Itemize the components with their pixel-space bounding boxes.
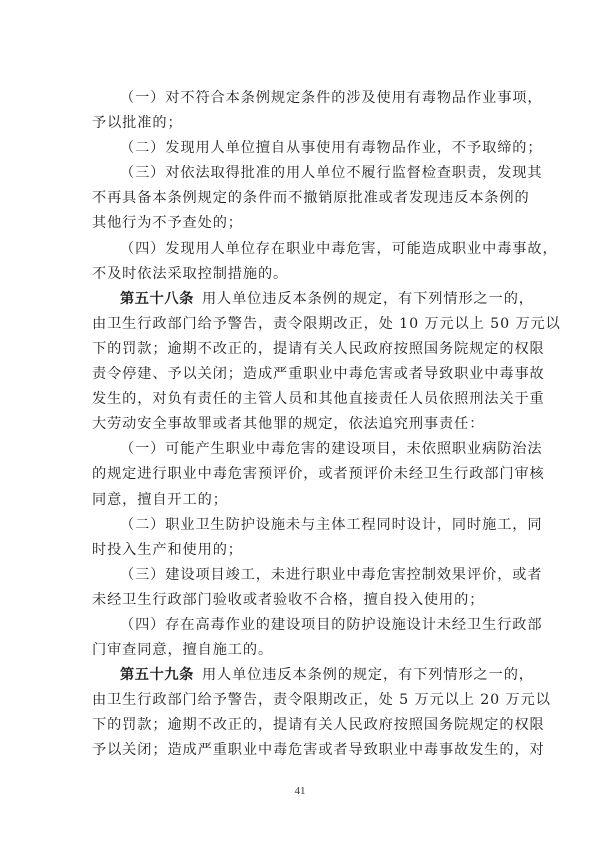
text-line: 予以批准的；: [92, 111, 510, 136]
text-line: 予以关闭；造成严重职业中毒危害或者导致职业中毒事故发生的，对: [92, 738, 510, 763]
text-line: 未经卫生行政部门验收或者验收不合格，擅自投入使用的；: [92, 588, 510, 613]
text-line: 门审查同意，擅自施工的。: [92, 638, 510, 663]
article-58-heading: 第五十八条: [120, 291, 194, 307]
text-line: 时投入生产和使用的；: [92, 538, 510, 563]
text-line: （一）可能产生职业中毒危害的建设项目，未依照职业病防治法: [92, 437, 510, 462]
text-line: 的规定进行职业中毒危害预评价，或者预评价未经卫生行政部门审核: [92, 462, 510, 487]
text-line: （四）发现用人单位存在职业中毒危害，可能造成职业中毒事故，: [92, 237, 510, 262]
article-58-first-line: 第五十八条用人单位违反本条例的规定，有下列情形之一的，: [92, 287, 510, 312]
article-59-heading: 第五十九条: [120, 667, 194, 683]
text-line: （三）建设项目竣工，未进行职业中毒危害控制效果评价，或者: [92, 563, 510, 588]
text-line: （四）存在高毒作业的建设项目的防护设施设计未经卫生行政部: [92, 613, 510, 638]
body-text: （一）对不符合本条例规定条件的涉及使用有毒物品作业事项， 予以批准的； （二）发…: [92, 86, 510, 764]
article-59-first-line: 第五十九条用人单位违反本条例的规定，有下列情形之一的，: [92, 663, 510, 688]
article-59-text: 用人单位违反本条例的规定，有下列情形之一的，: [202, 667, 534, 683]
text-line: 责令停建、予以关闭；造成严重职业中毒危害或者导致职业中毒事故: [92, 362, 510, 387]
text-line: （二）职业卫生防护设施未与主体工程同时设计，同时施工，同: [92, 513, 510, 538]
text-line: （一）对不符合本条例规定条件的涉及使用有毒物品作业事项，: [92, 86, 510, 111]
text-line: 同意，擅自开工的；: [92, 488, 510, 513]
text-line: 大劳动安全事故罪或者其他罪的规定，依法追究刑事责任：: [92, 412, 510, 437]
text-line: 下的罚款；逾期不改正的，提请有关人民政府按照国务院规定的权限: [92, 337, 510, 362]
article-58-text: 用人单位违反本条例的规定，有下列情形之一的，: [202, 291, 534, 307]
page-number: 41: [0, 785, 600, 797]
text-line: （二）发现用人单位擅自从事使用有毒物品作业，不予取缔的；: [92, 136, 510, 161]
text-line: 不再具备本条例规定的条件而不撤销原批准或者发现违反本条例的: [92, 186, 510, 211]
text-line: （三）对依法取得批准的用人单位不履行监督检查职责，发现其: [92, 161, 510, 186]
text-line: 发生的，对负有责任的主管人员和其他直接责任人员依照刑法关于重: [92, 387, 510, 412]
text-line: 下的罚款；逾期不改正的，提请有关人民政府按照国务院规定的权限: [92, 713, 510, 738]
text-line: 由卫生行政部门给予警告，责令限期改正，处 5 万元以上 20 万元以: [92, 688, 510, 713]
text-line: 其他行为不予查处的；: [92, 211, 510, 236]
document-page: （一）对不符合本条例规定条件的涉及使用有毒物品作业事项， 予以批准的； （二）发…: [0, 0, 600, 848]
text-line: 不及时依法采取控制措施的。: [92, 262, 510, 287]
text-line: 由卫生行政部门给予警告，责令限期改正，处 10 万元以上 50 万元以: [92, 312, 510, 337]
